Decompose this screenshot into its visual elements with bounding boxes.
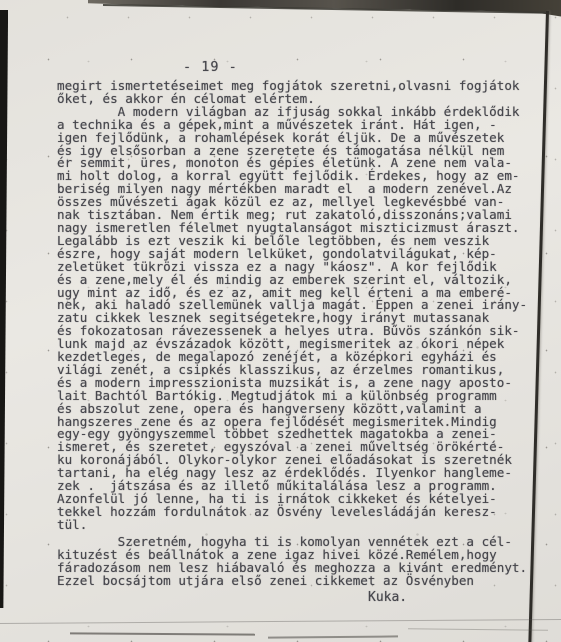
scan-artifact-left-bar xyxy=(0,10,8,608)
typewritten-text-block-1: megirt ismertetéseimet meg fogjátok szer… xyxy=(57,80,545,532)
typewritten-text-block-2: Szeretném, hogyha ti is komolyan vennéte… xyxy=(57,536,545,588)
signature: Kuka. xyxy=(368,590,407,605)
scanned-document-page: - 19 - megirt ismertetéseimet meg fogját… xyxy=(0,0,561,642)
page-number: - 19 - xyxy=(183,59,238,75)
bottom-crease-line xyxy=(268,635,398,638)
bottom-crease-line xyxy=(408,628,548,630)
bottom-crease-line xyxy=(0,619,561,624)
bottom-crease-line xyxy=(70,632,255,635)
